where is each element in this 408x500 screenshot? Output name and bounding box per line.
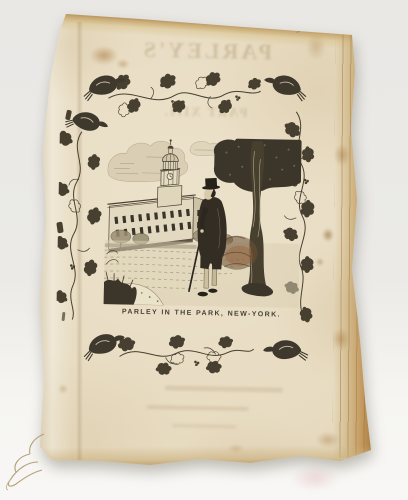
foxing-stain [58, 384, 68, 394]
foxing-stain [334, 144, 350, 166]
bleedthrough-line [172, 424, 236, 429]
foxing-stain [116, 59, 130, 69]
antique-book-page: PARLEY'S PART XIII. [0, 0, 408, 500]
foxing-stain [316, 432, 340, 448]
bird-motif-icon [262, 338, 308, 366]
foxing-stain [322, 228, 334, 242]
foxing-stain [332, 328, 350, 350]
binding-threads [0, 428, 74, 494]
foxing-stain [316, 258, 324, 266]
foxing-stain [306, 34, 326, 60]
bleedthrough-line [147, 405, 249, 411]
park-engraving-illustration [104, 136, 302, 308]
printed-content: PARLEY'S PART XIII. [0, 0, 408, 500]
book-shadow: PARLEY'S PART XIII. [0, 0, 408, 500]
top-hat [202, 178, 221, 190]
foxing-stain [90, 46, 118, 65]
bird-motif-icon [64, 106, 110, 140]
photo-stage: PARLEY'S PART XIII. [0, 0, 408, 500]
bleedthrough-line [165, 385, 283, 392]
foxing-stain [228, 444, 244, 453]
bird-motif-icon [262, 72, 309, 101]
